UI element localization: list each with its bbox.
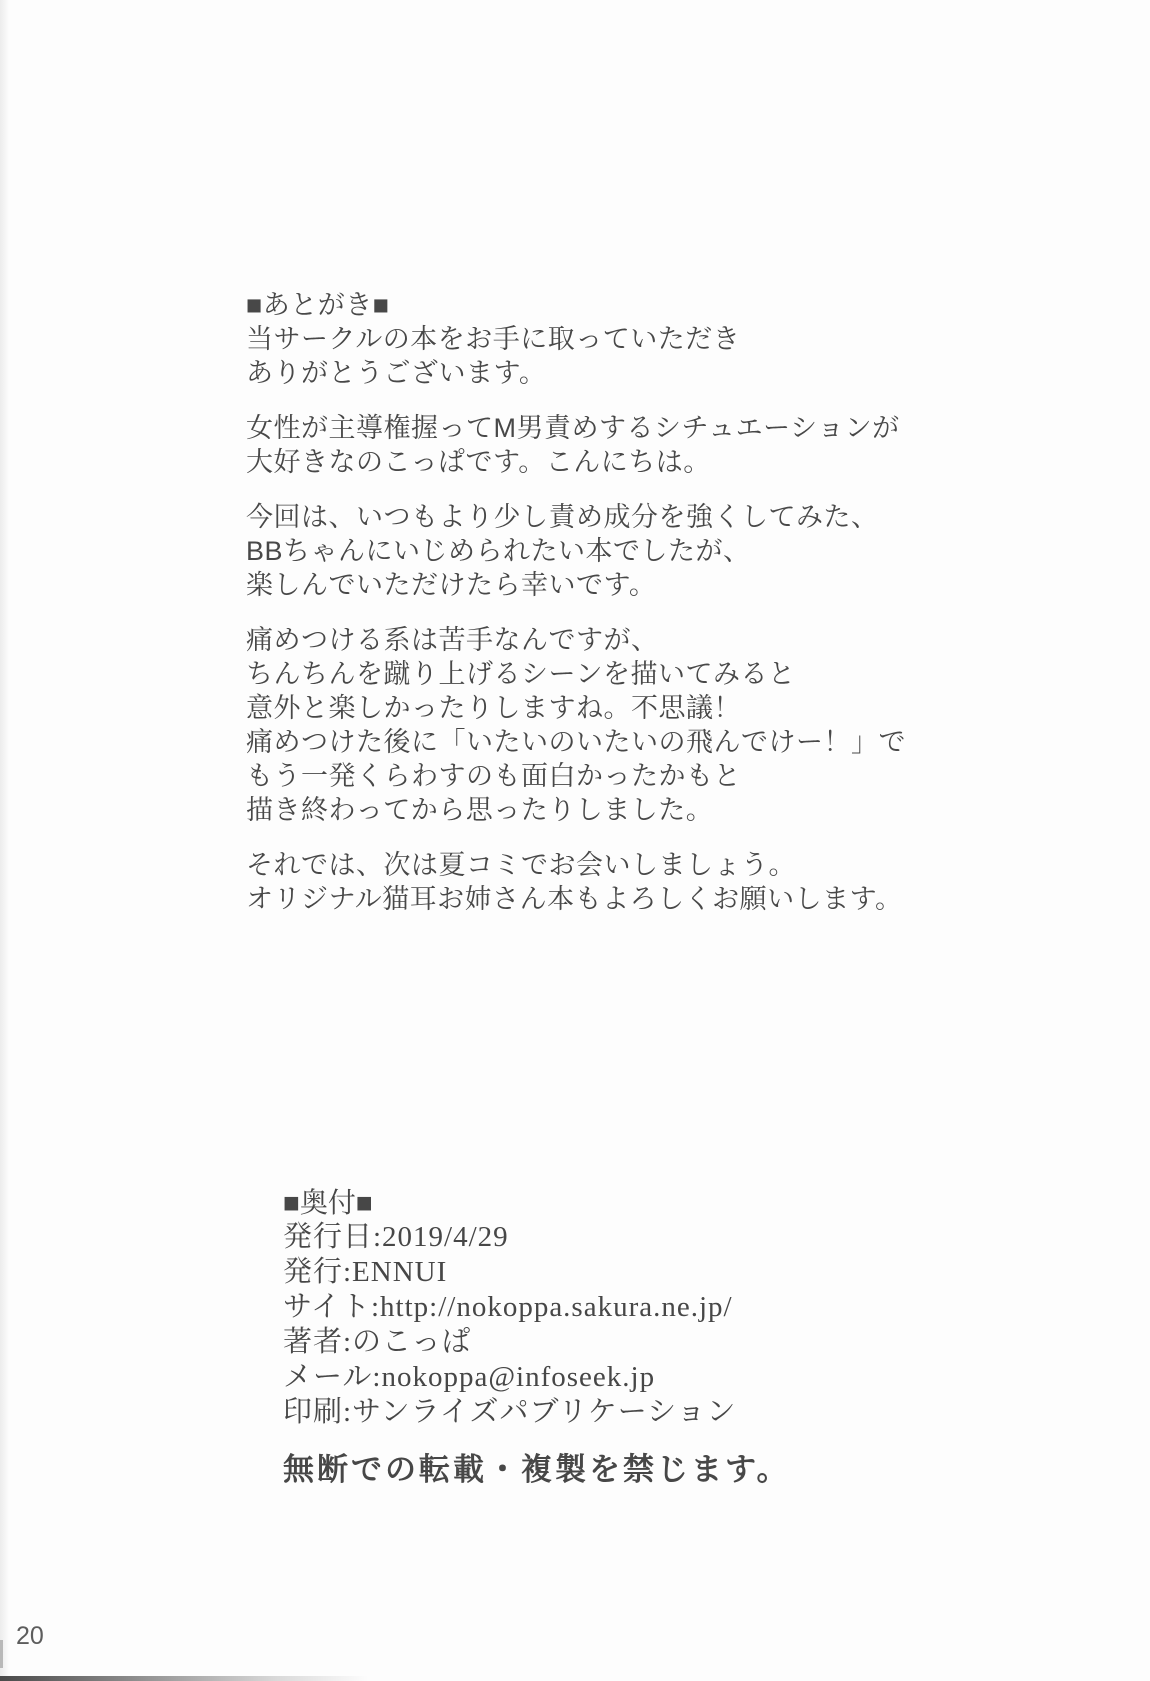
afterword-line: ちんちんを蹴り上げるシーンを描いてみると (246, 657, 886, 691)
scanned-doujinshi-page: ■あとがき■ 当サークルの本をお手に取っていただき ありがとうございます。 女性… (0, 0, 1150, 1681)
scan-edge-bottom-artifact (0, 1676, 368, 1681)
colophon-publisher: 発行:ENNUI (283, 1255, 1003, 1290)
afterword-line: それでは、次は夏コミでお会いしましょう。 (246, 848, 886, 882)
afterword-line: 楽しんでいただけたら幸いです。 (246, 568, 886, 602)
colophon-section: ■奥付■ 発行日:2019/4/29 発行:ENNUI サイト:http://n… (283, 1185, 1003, 1487)
afterword-line: 意外と楽しかったりしますね。不思議！ (246, 691, 886, 725)
scan-edge-left-artifact (0, 0, 9, 1681)
afterword-paragraph: 痛めつける系は苦手なんですが、 ちんちんを蹴り上げるシーンを描いてみると 意外と… (246, 623, 886, 827)
afterword-section: ■あとがき■ 当サークルの本をお手に取っていただき ありがとうございます。 女性… (246, 288, 886, 937)
colophon-printer: 印刷:サンライズパブリケーション (283, 1395, 1003, 1430)
page-number: 20 (16, 1622, 44, 1651)
colophon-publish-date: 発行日:2019/4/29 (283, 1220, 1003, 1255)
afterword-line: 当サークルの本をお手に取っていただき (246, 322, 886, 356)
afterword-line: 女性が主導権握ってM男責めするシチュエーションが (246, 411, 886, 445)
colophon-title: ■奥付■ (283, 1185, 1003, 1220)
scan-mark-left-artifact (0, 1640, 3, 1668)
afterword-paragraph: 今回は、いつもより少し責め成分を強くしてみた、 BBちゃんにいじめられたい本でし… (246, 500, 886, 602)
afterword-line: もう一発くらわすのも面白かったかもと (246, 759, 886, 793)
afterword-line: ありがとうございます。 (246, 356, 886, 390)
afterword-line: 今回は、いつもより少し責め成分を強くしてみた、 (246, 500, 886, 534)
afterword-line: オリジナル猫耳お姉さん本もよろしくお願いします。 (246, 882, 886, 916)
copyright-notice: 無断での転載・複製を禁じます。 (283, 1452, 1003, 1487)
afterword-line: BBちゃんにいじめられたい本でしたが、 (246, 534, 886, 568)
afterword-line: 大好きなのこっぱです。こんにちは。 (246, 445, 886, 479)
colophon-author: 著者:のこっぱ (283, 1325, 1003, 1360)
colophon-website: サイト:http://nokoppa.sakura.ne.jp/ (283, 1290, 1003, 1325)
afterword-paragraph: それでは、次は夏コミでお会いしましょう。 オリジナル猫耳お姉さん本もよろしくお願… (246, 848, 886, 916)
afterword-title: ■あとがき■ (246, 288, 886, 322)
afterword-line: 痛めつける系は苦手なんですが、 (246, 623, 886, 657)
afterword-line: 描き終わってから思ったりしました。 (246, 793, 886, 827)
afterword-line: 痛めつけた後に「いたいのいたいの飛んでけー！」で (246, 725, 886, 759)
afterword-paragraph: 当サークルの本をお手に取っていただき ありがとうございます。 (246, 322, 886, 390)
afterword-paragraph: 女性が主導権握ってM男責めするシチュエーションが 大好きなのこっぱです。こんにち… (246, 411, 886, 479)
colophon-email: メール:nokoppa@infoseek.jp (283, 1360, 1003, 1395)
